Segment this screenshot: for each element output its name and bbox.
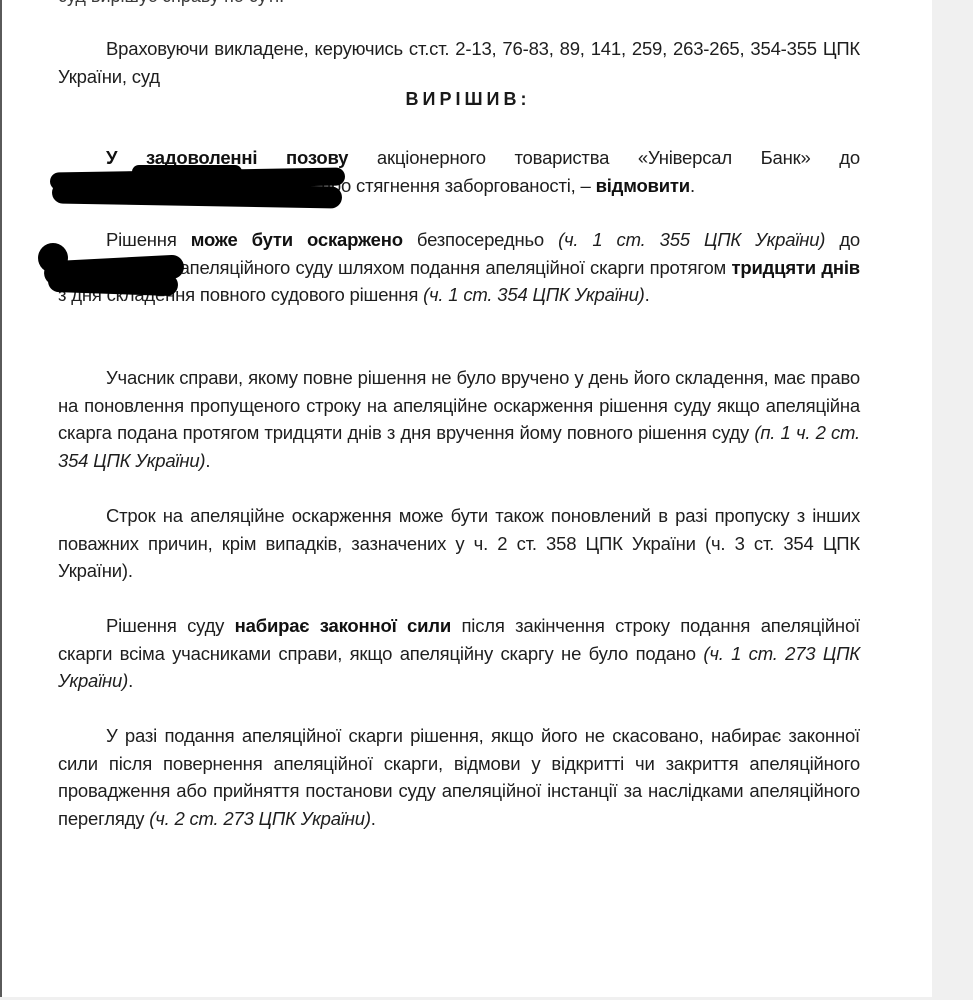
redaction-mark xyxy=(132,165,242,179)
paragraph-legal-force: Рішення суду набирає законної сили після… xyxy=(58,612,860,695)
bold-text: набирає законної сили xyxy=(235,615,451,636)
redaction-mark xyxy=(52,181,342,208)
text: . xyxy=(128,670,133,691)
preamble-text: Враховуючи викладене, керуючись ст.ст. 2… xyxy=(58,35,860,90)
cut-off-line: суд вирішує справу по суті. xyxy=(58,0,658,6)
text: . xyxy=(645,284,650,305)
paragraph-participant-rights: Учасник справи, якому повне рішення не б… xyxy=(58,364,860,474)
citation: (ч. 1 ст. 355 ЦПК України) xyxy=(558,229,825,250)
citation: (ч. 1 ст. 354 ЦПК України) xyxy=(423,284,645,305)
bold-text: тридцяти днів xyxy=(731,257,860,278)
text: про стягнення заборгованості, – xyxy=(316,175,595,196)
bold-refuse: відмовити xyxy=(596,175,690,196)
text: Учасник справи, якому повне рішення не б… xyxy=(58,367,860,443)
redaction-mark xyxy=(48,270,179,297)
preamble-paragraph: Враховуючи викладене, керуючись ст.ст. 2… xyxy=(58,35,860,90)
paragraph-appeal-effect: У разі подання апеляційної скарги рішенн… xyxy=(58,722,860,832)
document-page: суд вирішує справу по суті. Враховуючи в… xyxy=(0,0,932,997)
text: Строк на апеляційне оскарження може бути… xyxy=(58,502,860,585)
bold-text: може бути оскаржено xyxy=(191,229,403,250)
text: . xyxy=(690,175,695,196)
paragraph-term-renewal: Строк на апеляційне оскарження може бути… xyxy=(58,502,860,585)
text: апеляційного суду шляхом подання апеляці… xyxy=(174,257,731,278)
text: . xyxy=(205,450,210,471)
text: безпосередньо xyxy=(403,229,558,250)
text: до xyxy=(825,229,860,250)
text: . xyxy=(371,808,376,829)
text: акціонерного товариства «Універсал Банк»… xyxy=(348,147,860,168)
decision-heading: ВИРІШИВ: xyxy=(2,89,934,110)
citation: (ч. 2 ст. 273 ЦПК України) xyxy=(149,808,371,829)
text: Рішення xyxy=(106,229,191,250)
text: Рішення суду xyxy=(106,615,235,636)
